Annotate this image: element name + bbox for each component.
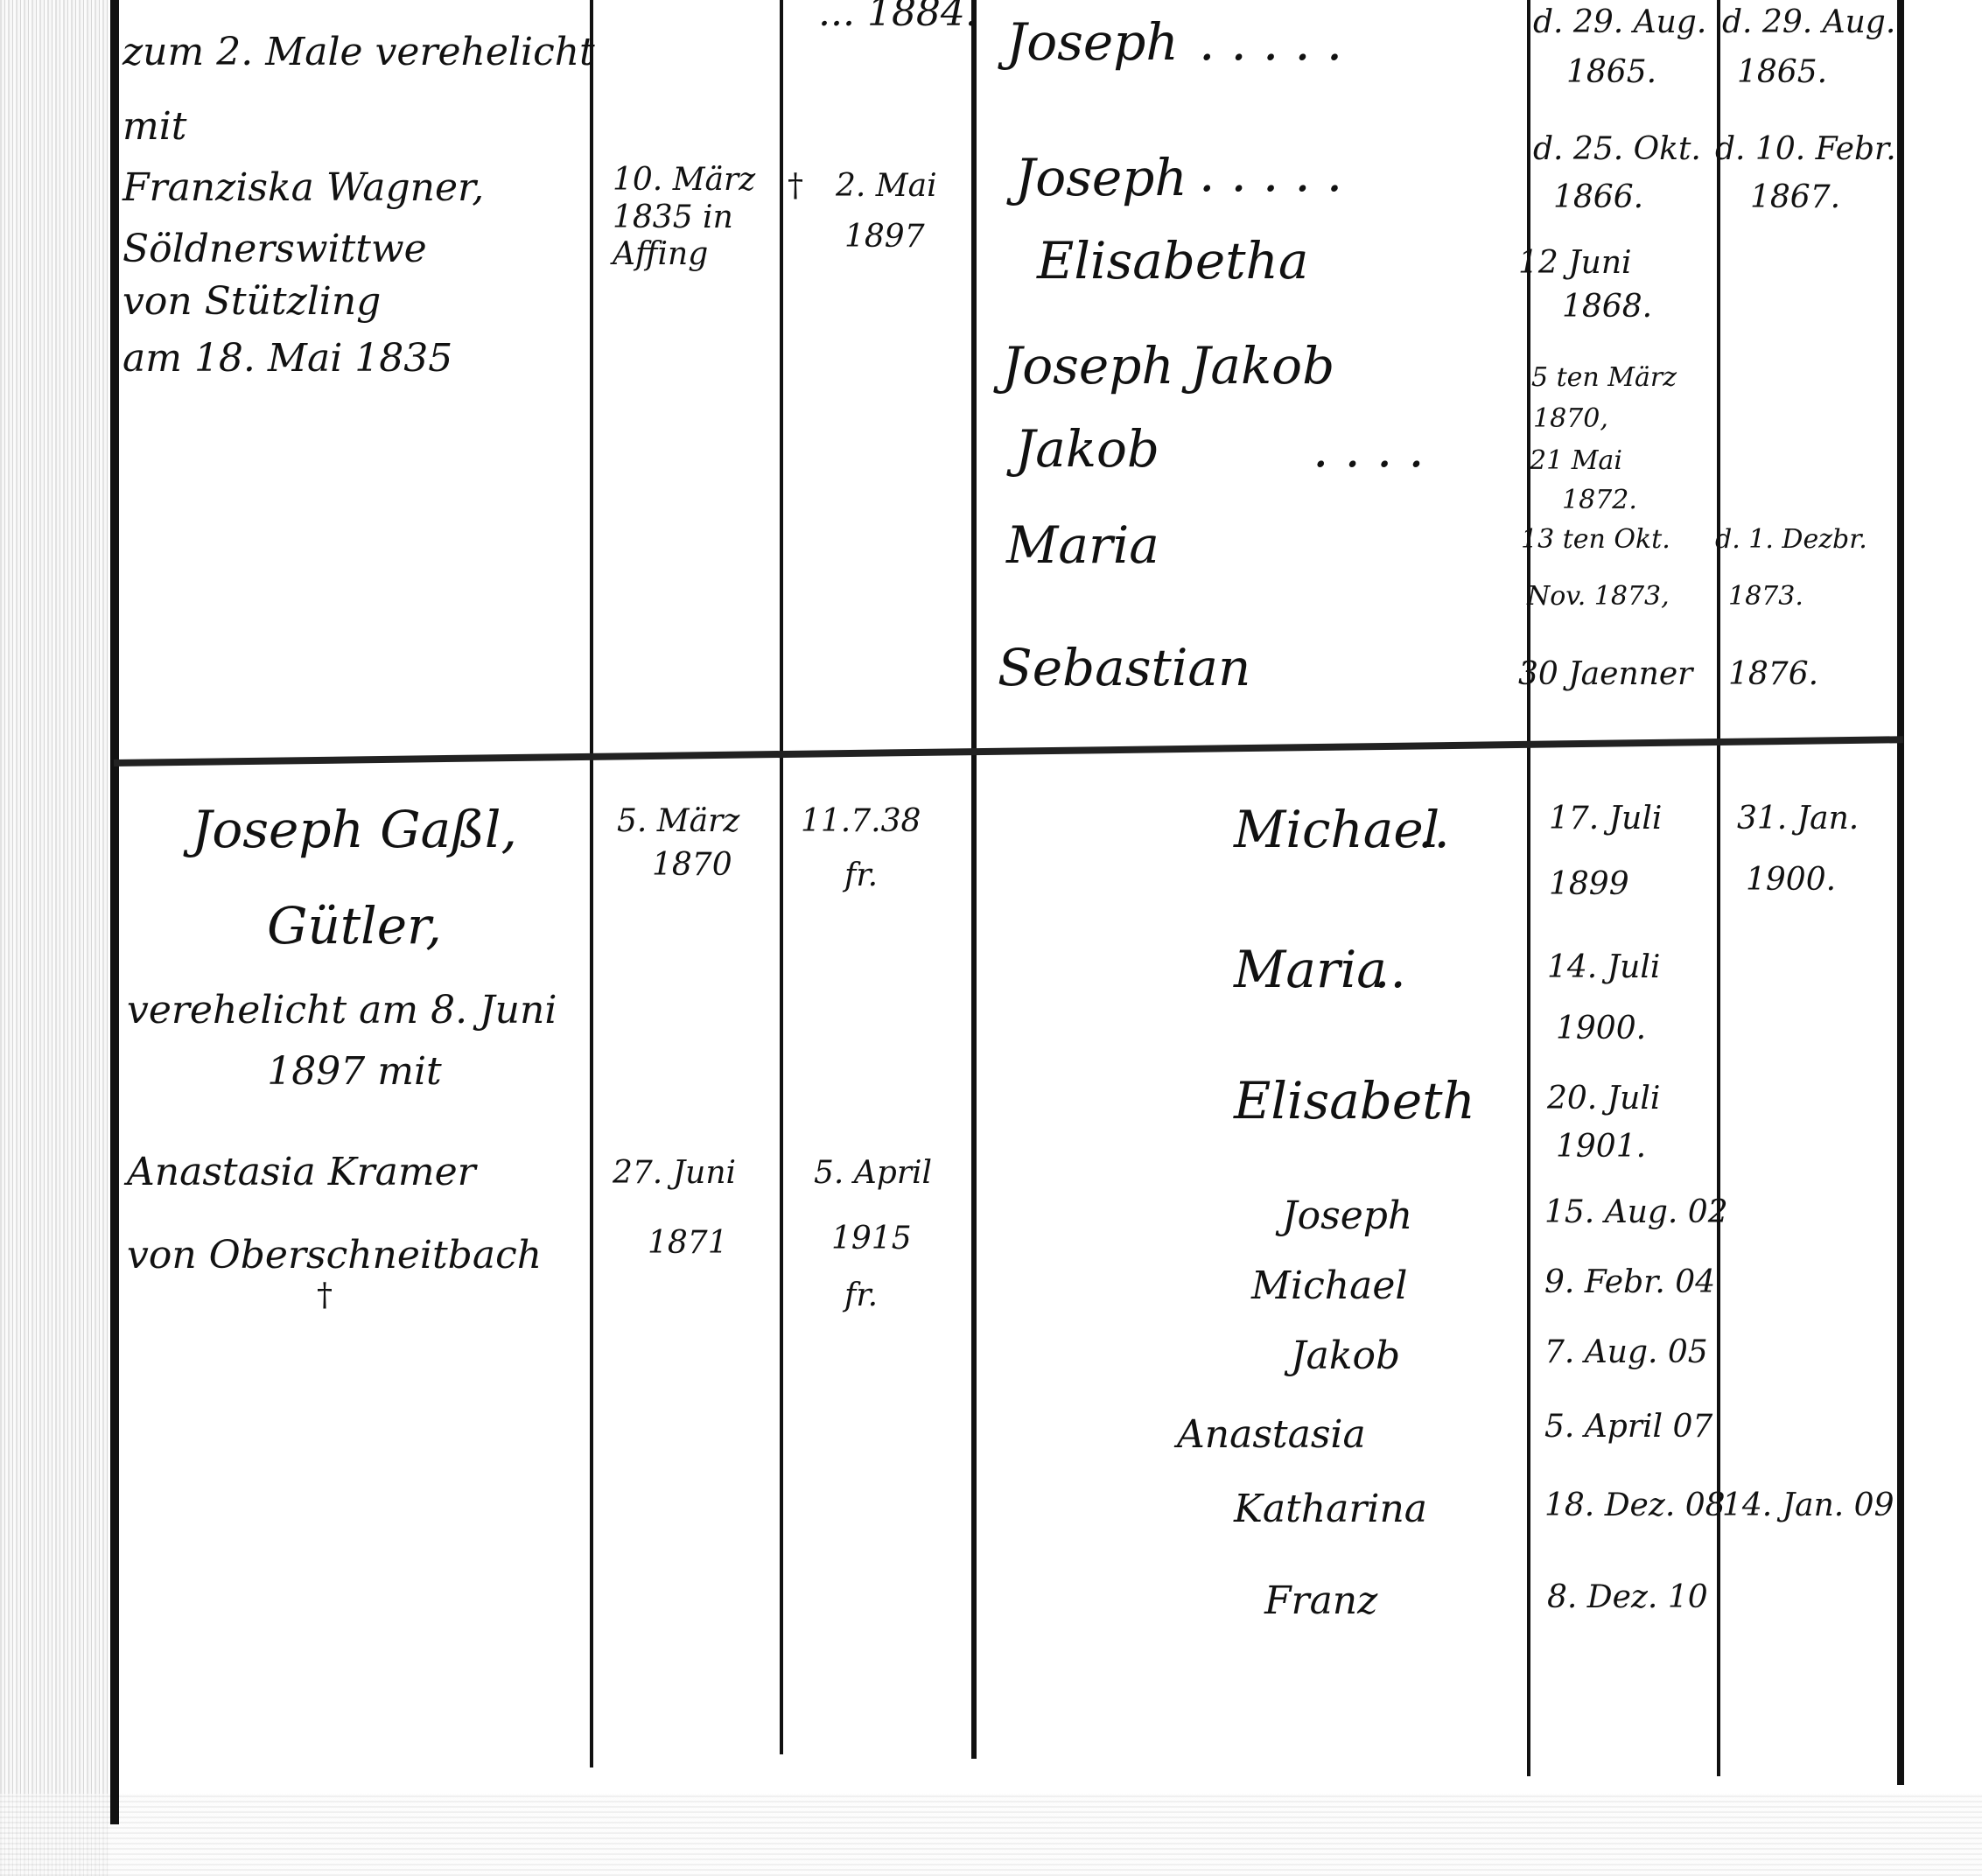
entry-divider-line: [114, 736, 1903, 766]
entry2-child-name: Joseph: [1282, 1194, 1412, 1239]
entry1-child-dots: ....: [1313, 420, 1440, 479]
entry1-child-death: 1865.: [1737, 54, 1827, 90]
entry2-child-birth: 1900.: [1556, 1011, 1646, 1046]
entry2-husband-occupation: Gütler,: [123, 897, 586, 955]
death-cross-icon: †: [788, 168, 803, 204]
entry1-child-death: d. 29. Aug.: [1722, 4, 1895, 40]
entry2-husband-birth: 1870: [652, 847, 732, 883]
entry1-child-name: Joseph Jakob: [1002, 337, 1334, 395]
entry1-marriage-line-4: Söldnerswittwe: [123, 227, 427, 272]
entry1-child-birth: 30 Jaenner: [1518, 656, 1692, 692]
entry2-child-death: 31. Jan.: [1737, 801, 1859, 836]
entry1-child-birth: 12 Juni: [1518, 245, 1632, 281]
entry2-child-name: Katharina: [1234, 1487, 1427, 1532]
entry2-child-name: Michael: [1251, 1264, 1407, 1309]
entry2-marriage-line: verehelicht am 8. Juni: [127, 989, 557, 1033]
entry2-child-birth: 15. Aug. 02: [1544, 1194, 1728, 1230]
entry1-wife-birth-3: Affing: [613, 236, 708, 272]
entry2-child-birth: 5. April 07: [1544, 1409, 1712, 1445]
death-cross-icon: †: [317, 1277, 333, 1313]
entry2-child-birth: 14. Juli: [1547, 949, 1660, 985]
entry2-child-name: Elisabeth: [1234, 1072, 1475, 1130]
entry2-child-birth: 18. Dez. 08: [1544, 1487, 1726, 1523]
entry1-marriage-line-3: Franziska Wagner,: [123, 166, 484, 211]
entry1-child-name: Elisabetha: [1037, 232, 1308, 290]
entry1-child-name: Joseph: [1015, 149, 1187, 207]
entry1-child-death: 1867.: [1750, 179, 1840, 215]
entry1-child-birth: d. 29. Aug.: [1533, 4, 1706, 40]
entry2-wife-name: Anastasia Kramer: [127, 1151, 476, 1195]
entry1-child-name: Maria: [1006, 516, 1159, 575]
entry2-child-dots: ..: [1418, 801, 1450, 859]
entry1-wife-death-2: 1897: [844, 219, 925, 255]
column-line-2: [780, 0, 783, 1754]
entry1-child-name: Sebastian: [998, 639, 1250, 697]
entry1-child-birth: 1870,: [1533, 404, 1608, 435]
entry2-child-birth: 17. Juli: [1549, 801, 1662, 836]
entry1-child-birth: 5 ten März: [1531, 363, 1677, 394]
entry2-husband-death: 11.7.38: [801, 803, 921, 839]
entry1-marriage-line-2: mit: [123, 105, 186, 150]
entry2-wife-death: fr.: [844, 1277, 878, 1313]
scan-left-margin: [0, 0, 109, 1876]
entry2-wife-birth: 27. Juni: [613, 1155, 736, 1191]
entry1-marriage-line-5: von Stützling: [123, 280, 381, 325]
scan-bottom-margin: [0, 1794, 1982, 1876]
entry1-child-death: 1873.: [1728, 582, 1803, 612]
entry2-child-name: Anastasia: [1177, 1413, 1366, 1458]
entry2-wife-origin: von Oberschneitbach: [127, 1234, 542, 1278]
entry2-child-name: Maria: [1234, 941, 1387, 999]
entry1-child-birth: 1866.: [1553, 179, 1643, 215]
entry2-child-birth: 9. Febr. 04: [1544, 1264, 1715, 1300]
entry1-wife-death-1: 2. Mai: [836, 168, 937, 204]
entry2-husband-birth: 5. März: [617, 803, 739, 839]
entry1-top-fragment: ... 1884.: [818, 0, 977, 36]
entry2-husband-death: fr.: [844, 857, 878, 893]
entry1-child-birth: 13 ten Okt.: [1521, 525, 1670, 556]
entry2-wife-birth: 1871: [648, 1225, 728, 1261]
entry2-child-death: 14. Jan. 09: [1722, 1487, 1894, 1523]
entry1-child-birth: 1872.: [1562, 486, 1637, 516]
entry1-wife-birth-1: 10. März: [613, 162, 755, 198]
entry1-child-birth: 21 Mai: [1530, 446, 1622, 477]
entry1-marriage-line-6: am 18. Mai 1835: [123, 337, 452, 381]
entry2-child-birth: 1899: [1549, 866, 1629, 902]
entry2-child-dots: ..: [1374, 941, 1406, 999]
entry1-child-birth: d. 25. Okt.: [1533, 131, 1701, 167]
entry1-child-death: 1876.: [1728, 656, 1818, 692]
entry2-child-name: Michael: [1234, 801, 1439, 859]
column-line-1: [590, 0, 593, 1767]
column-line-3: [971, 0, 977, 1759]
entry2-wife-death: 5. April: [814, 1155, 932, 1191]
entry2-wife-death: 1915: [831, 1221, 912, 1256]
entry1-child-birth: 1865.: [1566, 54, 1656, 90]
entry1-child-name: Jakob: [1015, 420, 1159, 479]
entry1-marriage-line-1: zum 2. Male verehelicht: [123, 31, 595, 75]
entry2-child-name: Jakob: [1291, 1334, 1400, 1379]
entry1-child-dots: .....: [1199, 13, 1358, 72]
entry1-child-birth: 1868.: [1562, 289, 1652, 325]
entry2-child-death: 1900.: [1746, 862, 1836, 898]
entry2-husband-name: Joseph Gaßl,: [123, 801, 586, 859]
left-border-line: [110, 0, 119, 1824]
entry2-child-birth: 7. Aug. 05: [1544, 1334, 1708, 1370]
entry1-child-name: Joseph: [1006, 13, 1179, 72]
entry1-child-dots: .....: [1199, 144, 1358, 203]
entry2-child-birth: 8. Dez. 10: [1547, 1579, 1708, 1615]
entry2-child-birth: 1901.: [1556, 1129, 1646, 1165]
entry2-child-name: Franz: [1264, 1579, 1377, 1624]
entry1-child-death: d. 10. Febr.: [1715, 131, 1896, 167]
entry1-child-birth: Nov. 1873,: [1527, 582, 1670, 612]
entry2-child-birth: 20. Juli: [1547, 1081, 1660, 1116]
entry1-wife-birth-2: 1835 in: [613, 199, 733, 235]
right-border-line: [1897, 0, 1904, 1785]
entry1-child-death: d. 1. Dezbr.: [1715, 525, 1867, 556]
entry2-marriage-year: 1897 mit: [123, 1050, 586, 1095]
